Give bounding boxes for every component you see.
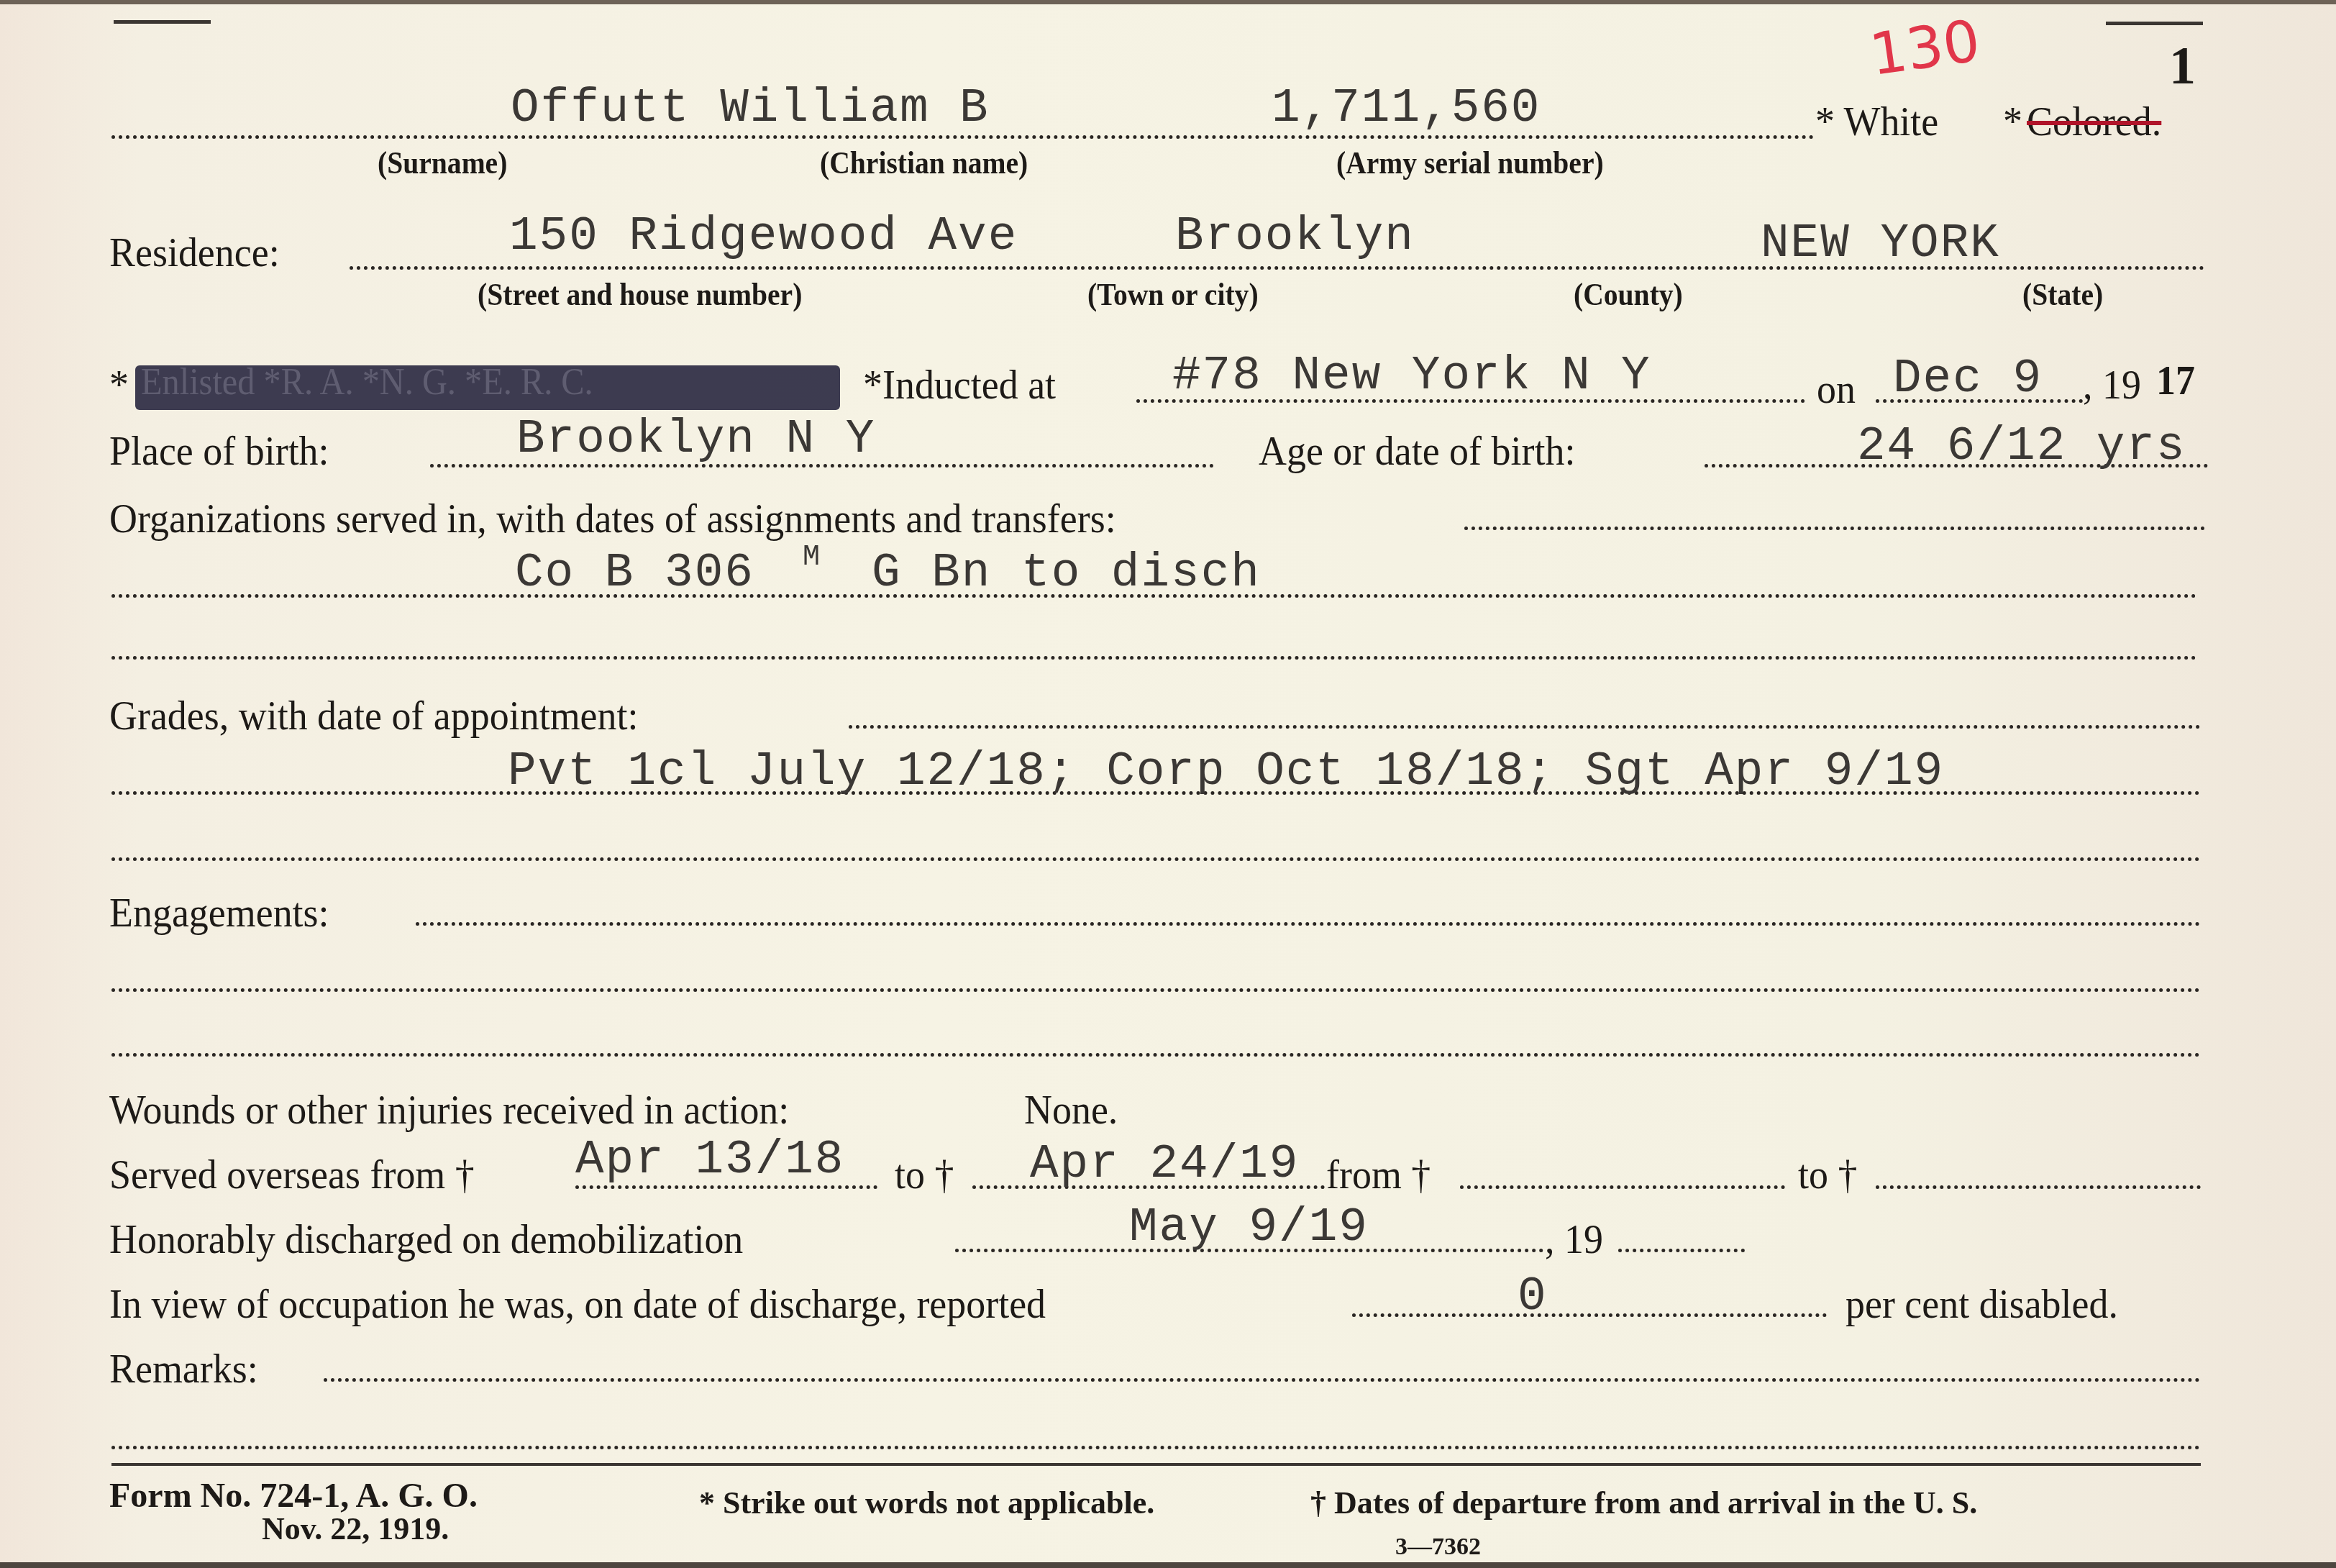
- organizations-line-1: [1464, 527, 2205, 530]
- discharge-label: Honorably discharged on demobilization: [109, 1218, 743, 1260]
- wounds-label: Wounds or other injuries received in act…: [109, 1089, 789, 1131]
- enlistment-options-redacted: Enlisted *R. A. *N. G. *E. R. C.: [141, 364, 593, 401]
- induction-year-prefix: , 19: [2083, 364, 2141, 406]
- name-line: [111, 135, 1815, 139]
- engagements-line-2: [111, 988, 2201, 992]
- remarks-line-1: [324, 1378, 2201, 1382]
- overseas-label: Served overseas from †: [109, 1154, 475, 1195]
- disability-suffix: per cent disabled.: [1845, 1283, 2118, 1325]
- remarks-line-2: [111, 1446, 2201, 1449]
- surname-label: (Surname): [378, 147, 507, 179]
- induction-date: Dec 9: [1893, 355, 2043, 403]
- form-date: Nov. 22, 1919.: [262, 1513, 449, 1545]
- grades-label: Grades, with date of appointment:: [109, 695, 638, 737]
- engagements-line-3: [111, 1053, 2201, 1057]
- organizations-value-prefix: Co B 306: [515, 550, 754, 597]
- grades-value: Pvt 1cl July 12/18; Corp Oct 18/18; Sgt …: [508, 748, 1944, 796]
- name-value: Offutt William B: [511, 85, 990, 132]
- discharge-date: May 9/19: [1129, 1204, 1369, 1252]
- street-label: (Street and house number): [478, 279, 802, 311]
- footer-rule: [111, 1463, 2201, 1466]
- red-annotation: 130: [1866, 7, 1984, 88]
- serial-number-value: 1,711,560: [1272, 85, 1541, 132]
- discharge-year-prefix: , 19: [1545, 1218, 1603, 1260]
- inducted-place: #78 New York N Y: [1172, 352, 1651, 400]
- inducted-label: *Inducted at: [863, 364, 1056, 406]
- induction-year-suffix: 17: [2156, 360, 2195, 401]
- residence-state: NEW YORK: [1761, 220, 2000, 268]
- overseas-from2-line[interactable]: [1460, 1185, 1785, 1189]
- race-white-option: * White: [1815, 101, 1938, 142]
- wounds-value: None.: [1024, 1089, 1118, 1131]
- engagements-label: Engagements:: [109, 892, 329, 934]
- organizations-line-3: [111, 656, 2197, 660]
- disability-label: In view of occupation he was, on date of…: [109, 1283, 1046, 1325]
- place-of-birth-label: Place of birth:: [109, 430, 329, 472]
- engagements-line-1: [416, 922, 2201, 926]
- overseas-to2-label: to †: [1798, 1154, 1857, 1195]
- overseas-to1-value: Apr 24/19: [1030, 1141, 1299, 1188]
- organizations-label: Organizations served in, with dates of a…: [109, 498, 1116, 539]
- card-bottom-edge: [0, 1562, 2336, 1568]
- remarks-label: Remarks:: [109, 1348, 258, 1390]
- top-right-rule: [2106, 22, 2203, 25]
- card-top-edge: [0, 0, 2336, 4]
- grades-line-3: [111, 857, 2201, 861]
- form-number: Form No. 724-1, A. G. O.: [109, 1479, 478, 1513]
- on-label: on: [1817, 368, 1856, 410]
- city-label: (Town or city): [1087, 279, 1259, 311]
- disability-value: 0: [1518, 1273, 1548, 1321]
- organizations-value-suffix: G Bn to disch: [872, 550, 1261, 597]
- overseas-to2-line[interactable]: [1876, 1185, 2201, 1189]
- age-value: 24 6/12 yrs: [1857, 423, 2186, 470]
- corner-number: 1: [2169, 36, 2196, 97]
- overseas-to1-label: to †: [895, 1154, 954, 1195]
- residence-street: 150 Ridgewood Ave: [509, 213, 1018, 260]
- place-of-birth-value: Brooklyn N Y: [516, 416, 875, 463]
- residence-city: Brooklyn: [1175, 213, 1415, 260]
- print-code: 3—7362: [1395, 1535, 1481, 1559]
- residence-label: Residence:: [109, 232, 280, 273]
- enlistment-star: *: [109, 364, 129, 406]
- christian-name-label: (Christian name): [820, 147, 1028, 179]
- age-label: Age or date of birth:: [1259, 430, 1575, 472]
- state-label: (State): [2022, 279, 2103, 311]
- race-colored-option-struck: Colored.: [2027, 101, 2161, 142]
- grades-line-1: [849, 725, 2201, 729]
- discharge-year-line: [1618, 1249, 1745, 1252]
- disability-line: [1352, 1313, 1827, 1317]
- strike-out-note: * Strike out words not applicable.: [699, 1487, 1154, 1519]
- overseas-from1-value: Apr 13/18: [575, 1136, 844, 1184]
- service-record-card: 1 130 Offutt William B 1,711,560 (Surnam…: [0, 0, 2336, 1568]
- serial-number-label: (Army serial number): [1336, 147, 1604, 179]
- dates-note: † Dates of departure from and arrival in…: [1310, 1487, 1977, 1519]
- top-left-rule: [114, 20, 211, 24]
- overseas-from2-label: from †: [1326, 1154, 1431, 1195]
- organizations-value-super: M: [803, 544, 821, 573]
- race-colored-star: *: [2003, 101, 2022, 142]
- county-label: (County): [1574, 279, 1683, 311]
